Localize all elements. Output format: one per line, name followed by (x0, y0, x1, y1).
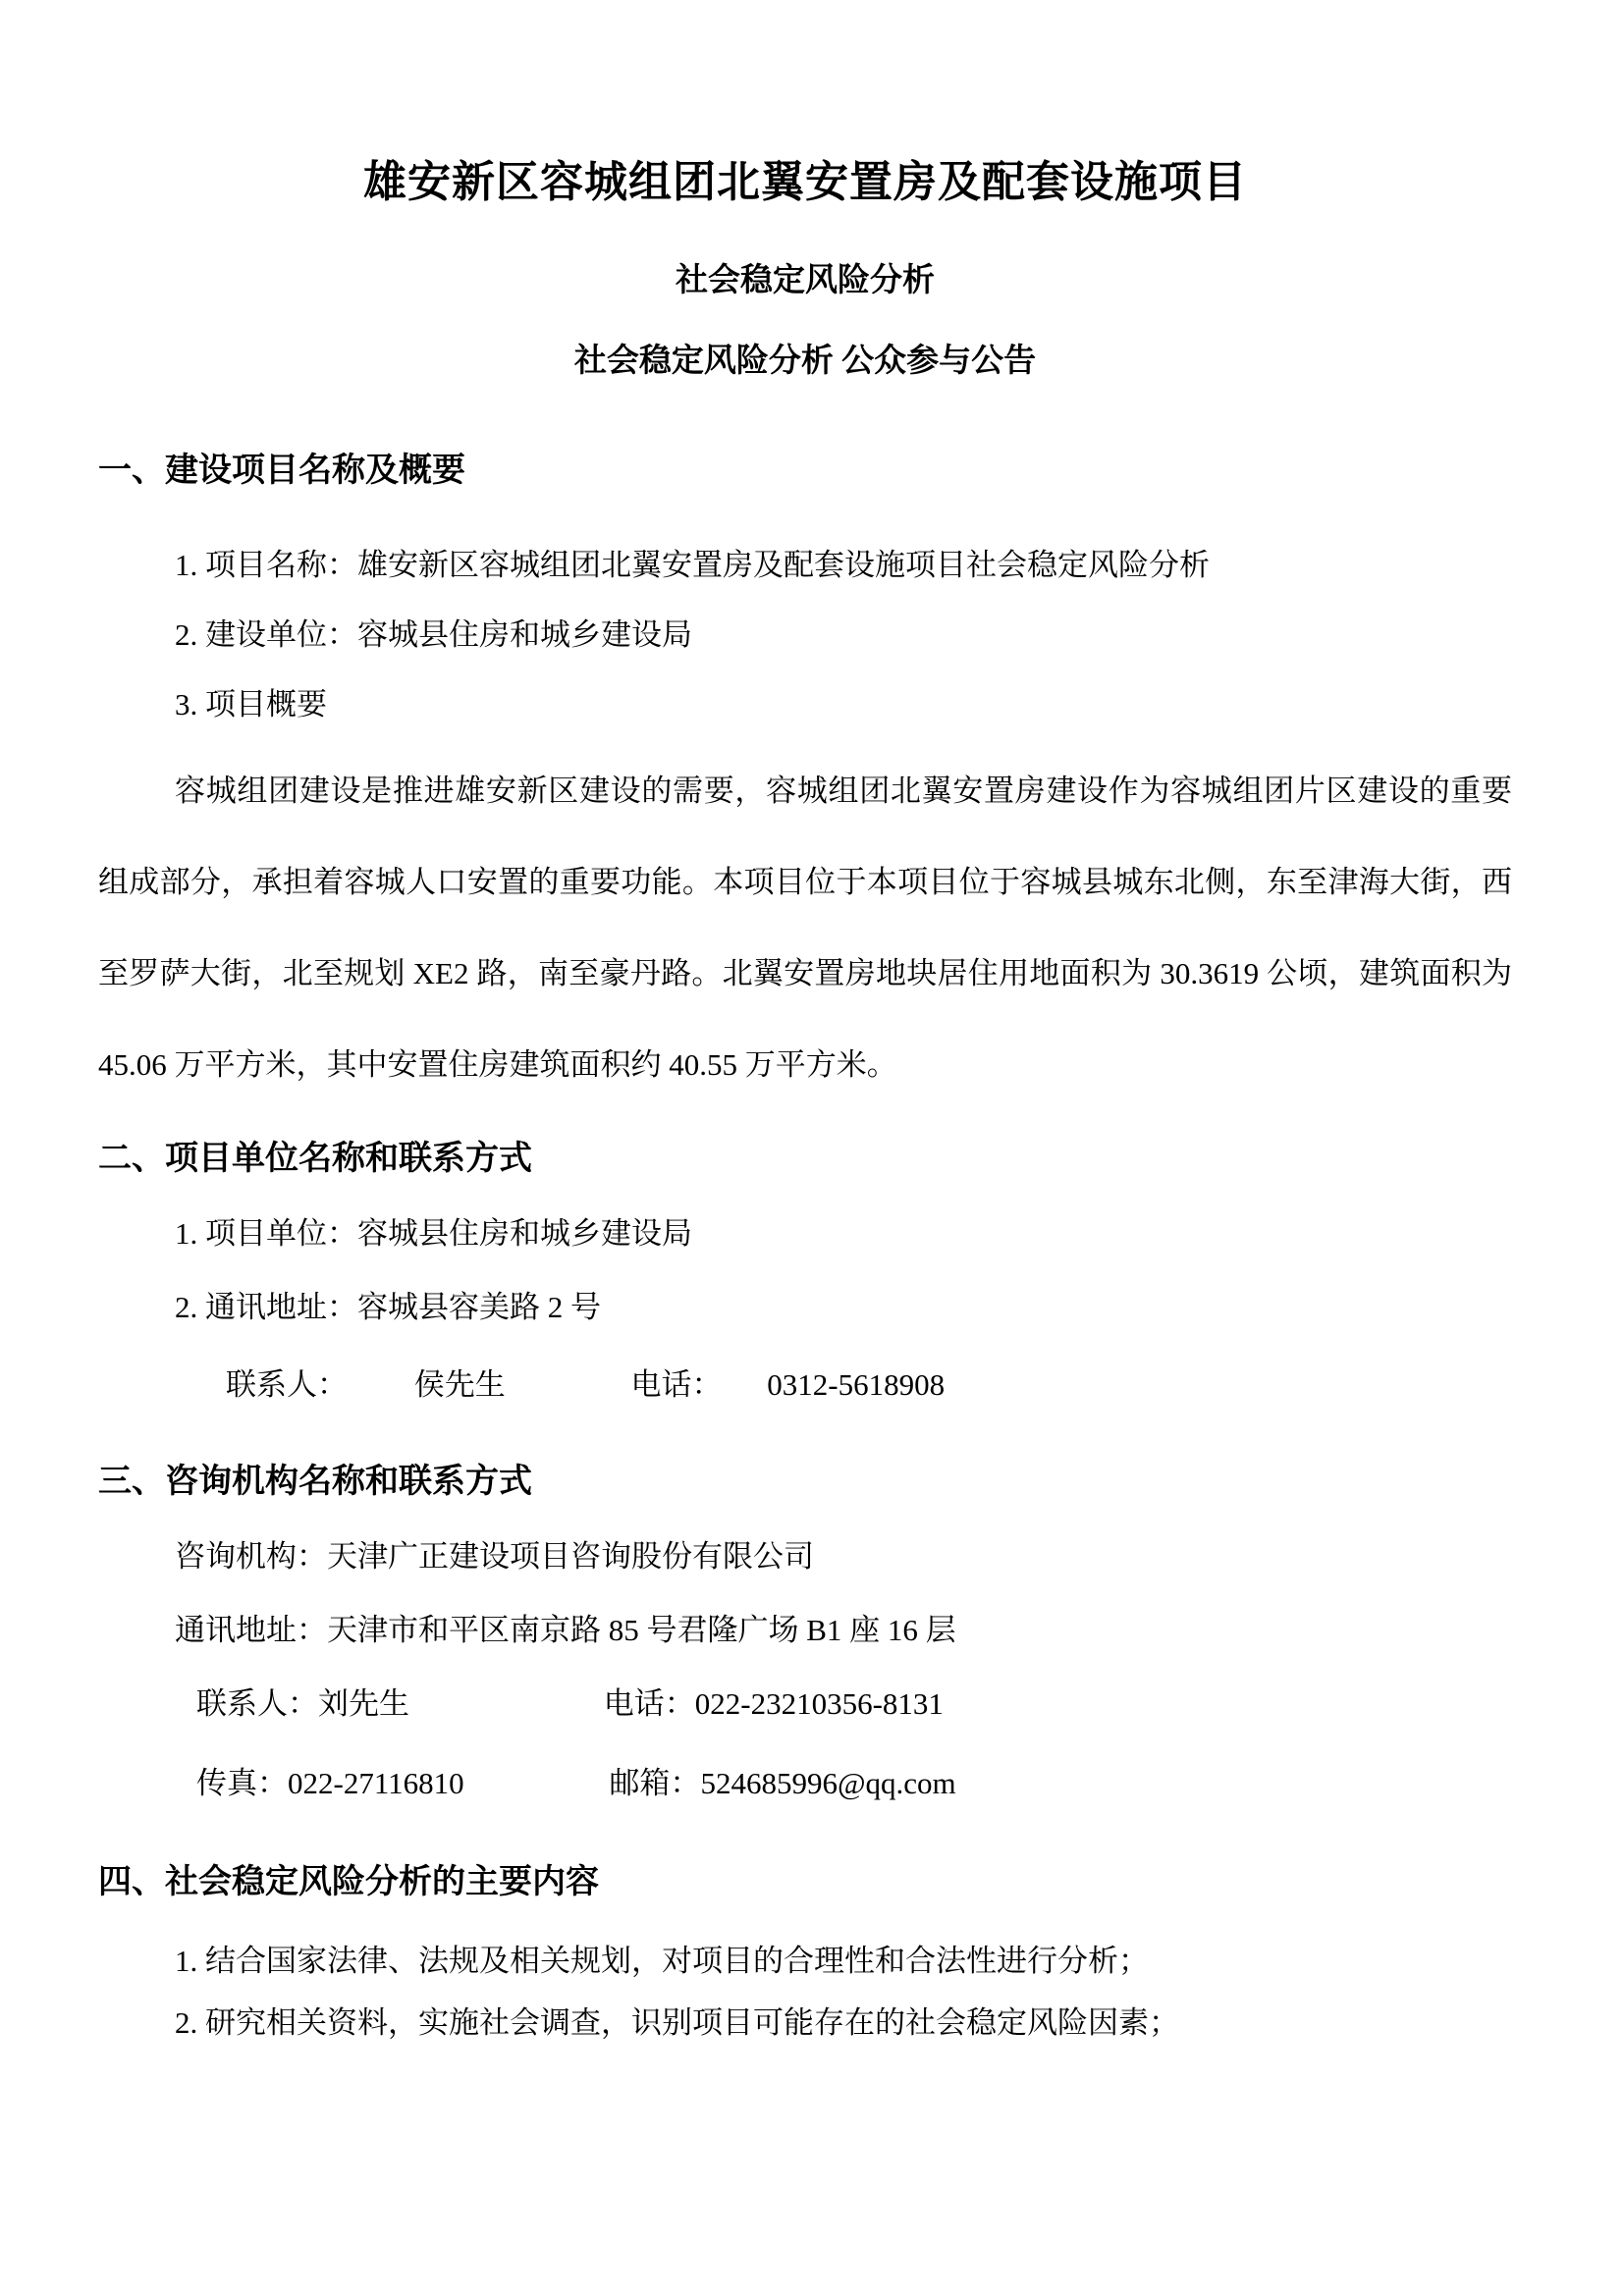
owner-contact-row: 联系人： 侯先生 电话： 0312-5618908 (98, 1365, 1512, 1404)
document-notice-subtitle: 社会稳定风险分析 公众参与公告 (98, 343, 1512, 382)
consultant-email: 524685996@qq.com (700, 1766, 955, 1800)
owner-phone-number: 0312-5618908 (767, 1367, 945, 1402)
project-summary-paragraph: 容城组团建设是推进雄安新区建设的需要，容城组团北翼安置房建设作为容城组团片区建设… (98, 745, 1512, 1110)
section-consultant-heading: 三、咨询机构名称和联系方式 (98, 1463, 1512, 1502)
document-page: 雄安新区容城组团北翼安置房及配套设施项目 社会稳定风险分析 社会稳定风险分析 公… (0, 0, 1624, 2296)
owner-contact-person-label: 联系人： (226, 1367, 348, 1402)
document-title: 雄安新区容城组团北翼安置房及配套设施项目 (98, 155, 1512, 209)
consultant-person: 刘先生 (318, 1686, 409, 1721)
consultant-fax-row: 传真：022-27116810 邮箱：524685996@qq.com (98, 1764, 1512, 1802)
construction-unit-item: 2. 建设单位：容城县住房和城乡建设局 (98, 615, 1512, 654)
section-analysis-content: 四、社会稳定风险分析的主要内容 1. 结合国家法律、法规及相关规划，对项目的合理… (98, 1863, 1512, 2042)
consultant-fax-label: 传真： (196, 1766, 288, 1800)
consultant-phone-label: 电话： (604, 1686, 695, 1721)
owner-contact-person: 侯先生 (414, 1367, 506, 1402)
consultant-phone-number: 022-23210356-8131 (695, 1686, 944, 1721)
consultant-person-label: 联系人： (196, 1686, 318, 1721)
consultant-name-line: 咨询机构：天津广正建设项目咨询股份有限公司 (98, 1537, 1512, 1575)
project-summary-item: 3. 项目概要 (98, 685, 1512, 723)
analysis-item-legality: 1. 结合国家法律、法规及相关规划，对项目的合理性和合法性进行分析； (98, 1942, 1512, 1980)
owner-phone-label: 电话： (631, 1367, 723, 1402)
section-content-heading: 四、社会稳定风险分析的主要内容 (98, 1863, 1512, 1902)
analysis-item-risk-identification: 2. 研究相关资料，实施社会调查，识别项目可能存在的社会稳定风险因素； (98, 2003, 1512, 2042)
owner-unit-item: 1. 项目单位：容城县住房和城乡建设局 (98, 1214, 1512, 1253)
consultant-contact-row: 联系人：刘先生 电话：022-23210356-8131 (98, 1684, 1512, 1723)
section-owner-contact: 二、项目单位名称和联系方式 1. 项目单位：容城县住房和城乡建设局 2. 通讯地… (98, 1140, 1512, 1404)
section-project-overview: 一、建设项目名称及概要 1. 项目名称：雄安新区容城组团北翼安置房及配套设施项目… (98, 452, 1512, 1110)
document-subtitle: 社会稳定风险分析 (98, 262, 1512, 301)
consultant-fax-number: 022-27116810 (288, 1766, 464, 1800)
section-consultant-contact: 三、咨询机构名称和联系方式 咨询机构：天津广正建设项目咨询股份有限公司 通讯地址… (98, 1463, 1512, 1802)
owner-address-item: 2. 通讯地址：容城县容美路 2 号 (98, 1288, 1512, 1326)
consultant-email-label: 邮箱： (609, 1766, 700, 1800)
section-owner-heading: 二、项目单位名称和联系方式 (98, 1140, 1512, 1179)
project-name-item: 1. 项目名称：雄安新区容城组团北翼安置房及配套设施项目社会稳定风险分析 (98, 546, 1512, 584)
section-overview-heading: 一、建设项目名称及概要 (98, 452, 1512, 491)
consultant-address-line: 通讯地址：天津市和平区南京路 85 号君隆广场 B1 座 16 层 (98, 1611, 1512, 1649)
